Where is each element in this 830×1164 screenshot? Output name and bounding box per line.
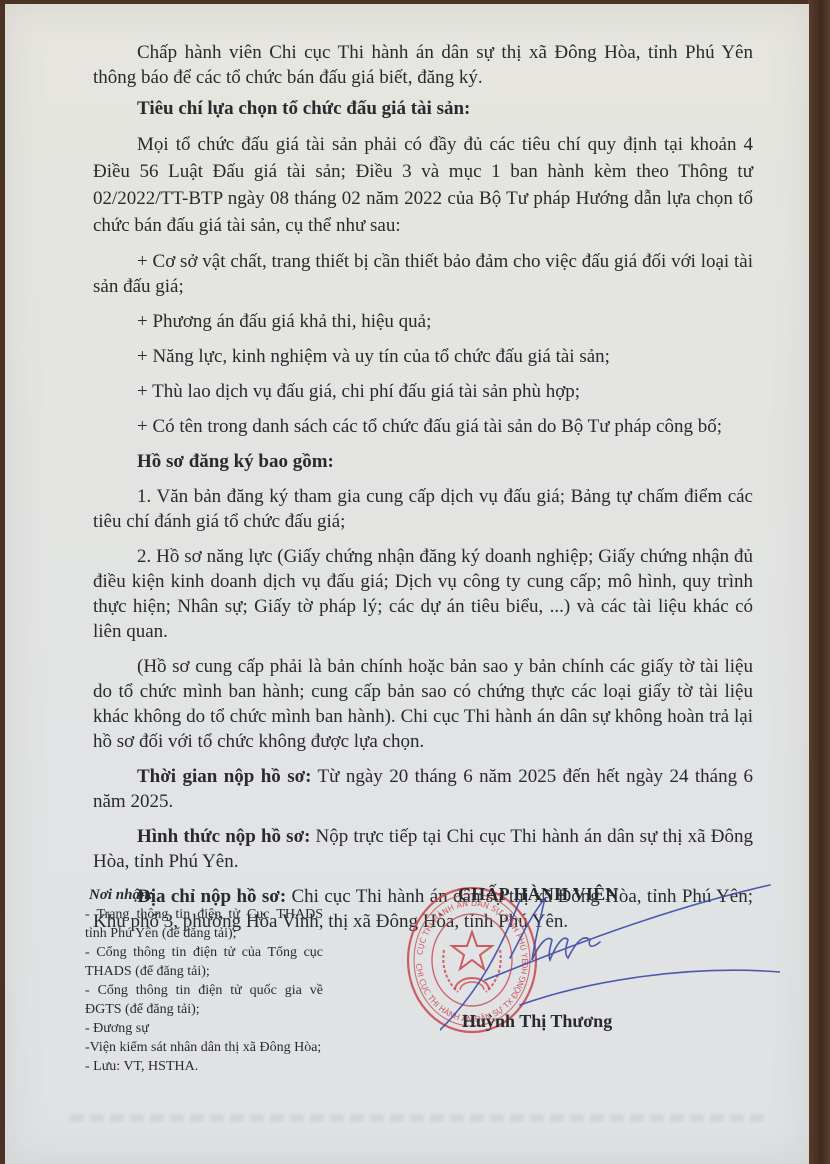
list-item-criteria-5: + Có tên trong danh sách các tổ chức đấu… xyxy=(93,414,753,439)
heading-criteria: Tiêu chí lựa chọn tổ chức đấu giá tài sả… xyxy=(93,96,753,121)
paragraph-criteria-intro: Mọi tổ chức đấu giá tài sản phải có đầy … xyxy=(93,131,753,239)
recipient-item: - Cổng thông tin điện tử của Tổng cục TH… xyxy=(85,943,323,981)
list-item-criteria-3: + Năng lực, kinh nghiệm và uy tín của tổ… xyxy=(93,344,753,369)
recipient-item: - Lưu: VT, HSTHA. xyxy=(85,1057,323,1076)
recipient-item: - Đương sự xyxy=(85,1019,323,1038)
list-item-criteria-1: + Cơ sở vật chất, trang thiết bị cần thi… xyxy=(93,249,753,299)
list-item-dossier-2: 2. Hồ sơ năng lực (Giấy chứng nhận đăng … xyxy=(93,544,753,644)
recipients-block: Nơi nhận: - Trang thông tin điện tử Cục … xyxy=(85,886,323,1076)
recipients-title: Nơi nhận: xyxy=(89,886,323,905)
heading-dossier: Hồ sơ đăng ký bao gồm: xyxy=(93,449,753,474)
recipient-item: -Viện kiểm sát nhân dân thị xã Đông Hòa; xyxy=(85,1038,323,1057)
signature-block: CỤC THI HÀNH ÁN DÂN SỰ TỈNH PHÚ YÊN CHI … xyxy=(400,880,780,1050)
paragraph-dossier-note: (Hồ sơ cung cấp phải là bản chính hoặc b… xyxy=(93,654,753,754)
desk-background xyxy=(808,0,830,1164)
recipient-item: - Trang thông tin điện tử Cục THADS tỉnh… xyxy=(85,905,323,943)
list-item-criteria-4: + Thù lao dịch vụ đấu giá, chi phí đấu g… xyxy=(93,379,753,404)
signer-name: Huỳnh Thị Thương xyxy=(462,1011,612,1032)
paragraph-submission-method: Hình thức nộp hồ sơ: Nộp trực tiếp tại C… xyxy=(93,824,753,874)
bleed-through-text xyxy=(70,1114,770,1122)
list-item-dossier-1: 1. Văn bản đăng ký tham gia cung cấp dịc… xyxy=(93,484,753,534)
recipient-item: - Cổng thông tin điện tử quốc gia về ĐGT… xyxy=(85,981,323,1019)
paragraph-submission-time: Thời gian nộp hồ sơ: Từ ngày 20 tháng 6 … xyxy=(93,764,753,814)
list-item-criteria-2: + Phương án đấu giá khả thi, hiệu quả; xyxy=(93,309,753,334)
paragraph-intro: Chấp hành viên Chi cục Thi hành án dân s… xyxy=(93,40,753,90)
document-body: Chấp hành viên Chi cục Thi hành án dân s… xyxy=(93,40,753,934)
